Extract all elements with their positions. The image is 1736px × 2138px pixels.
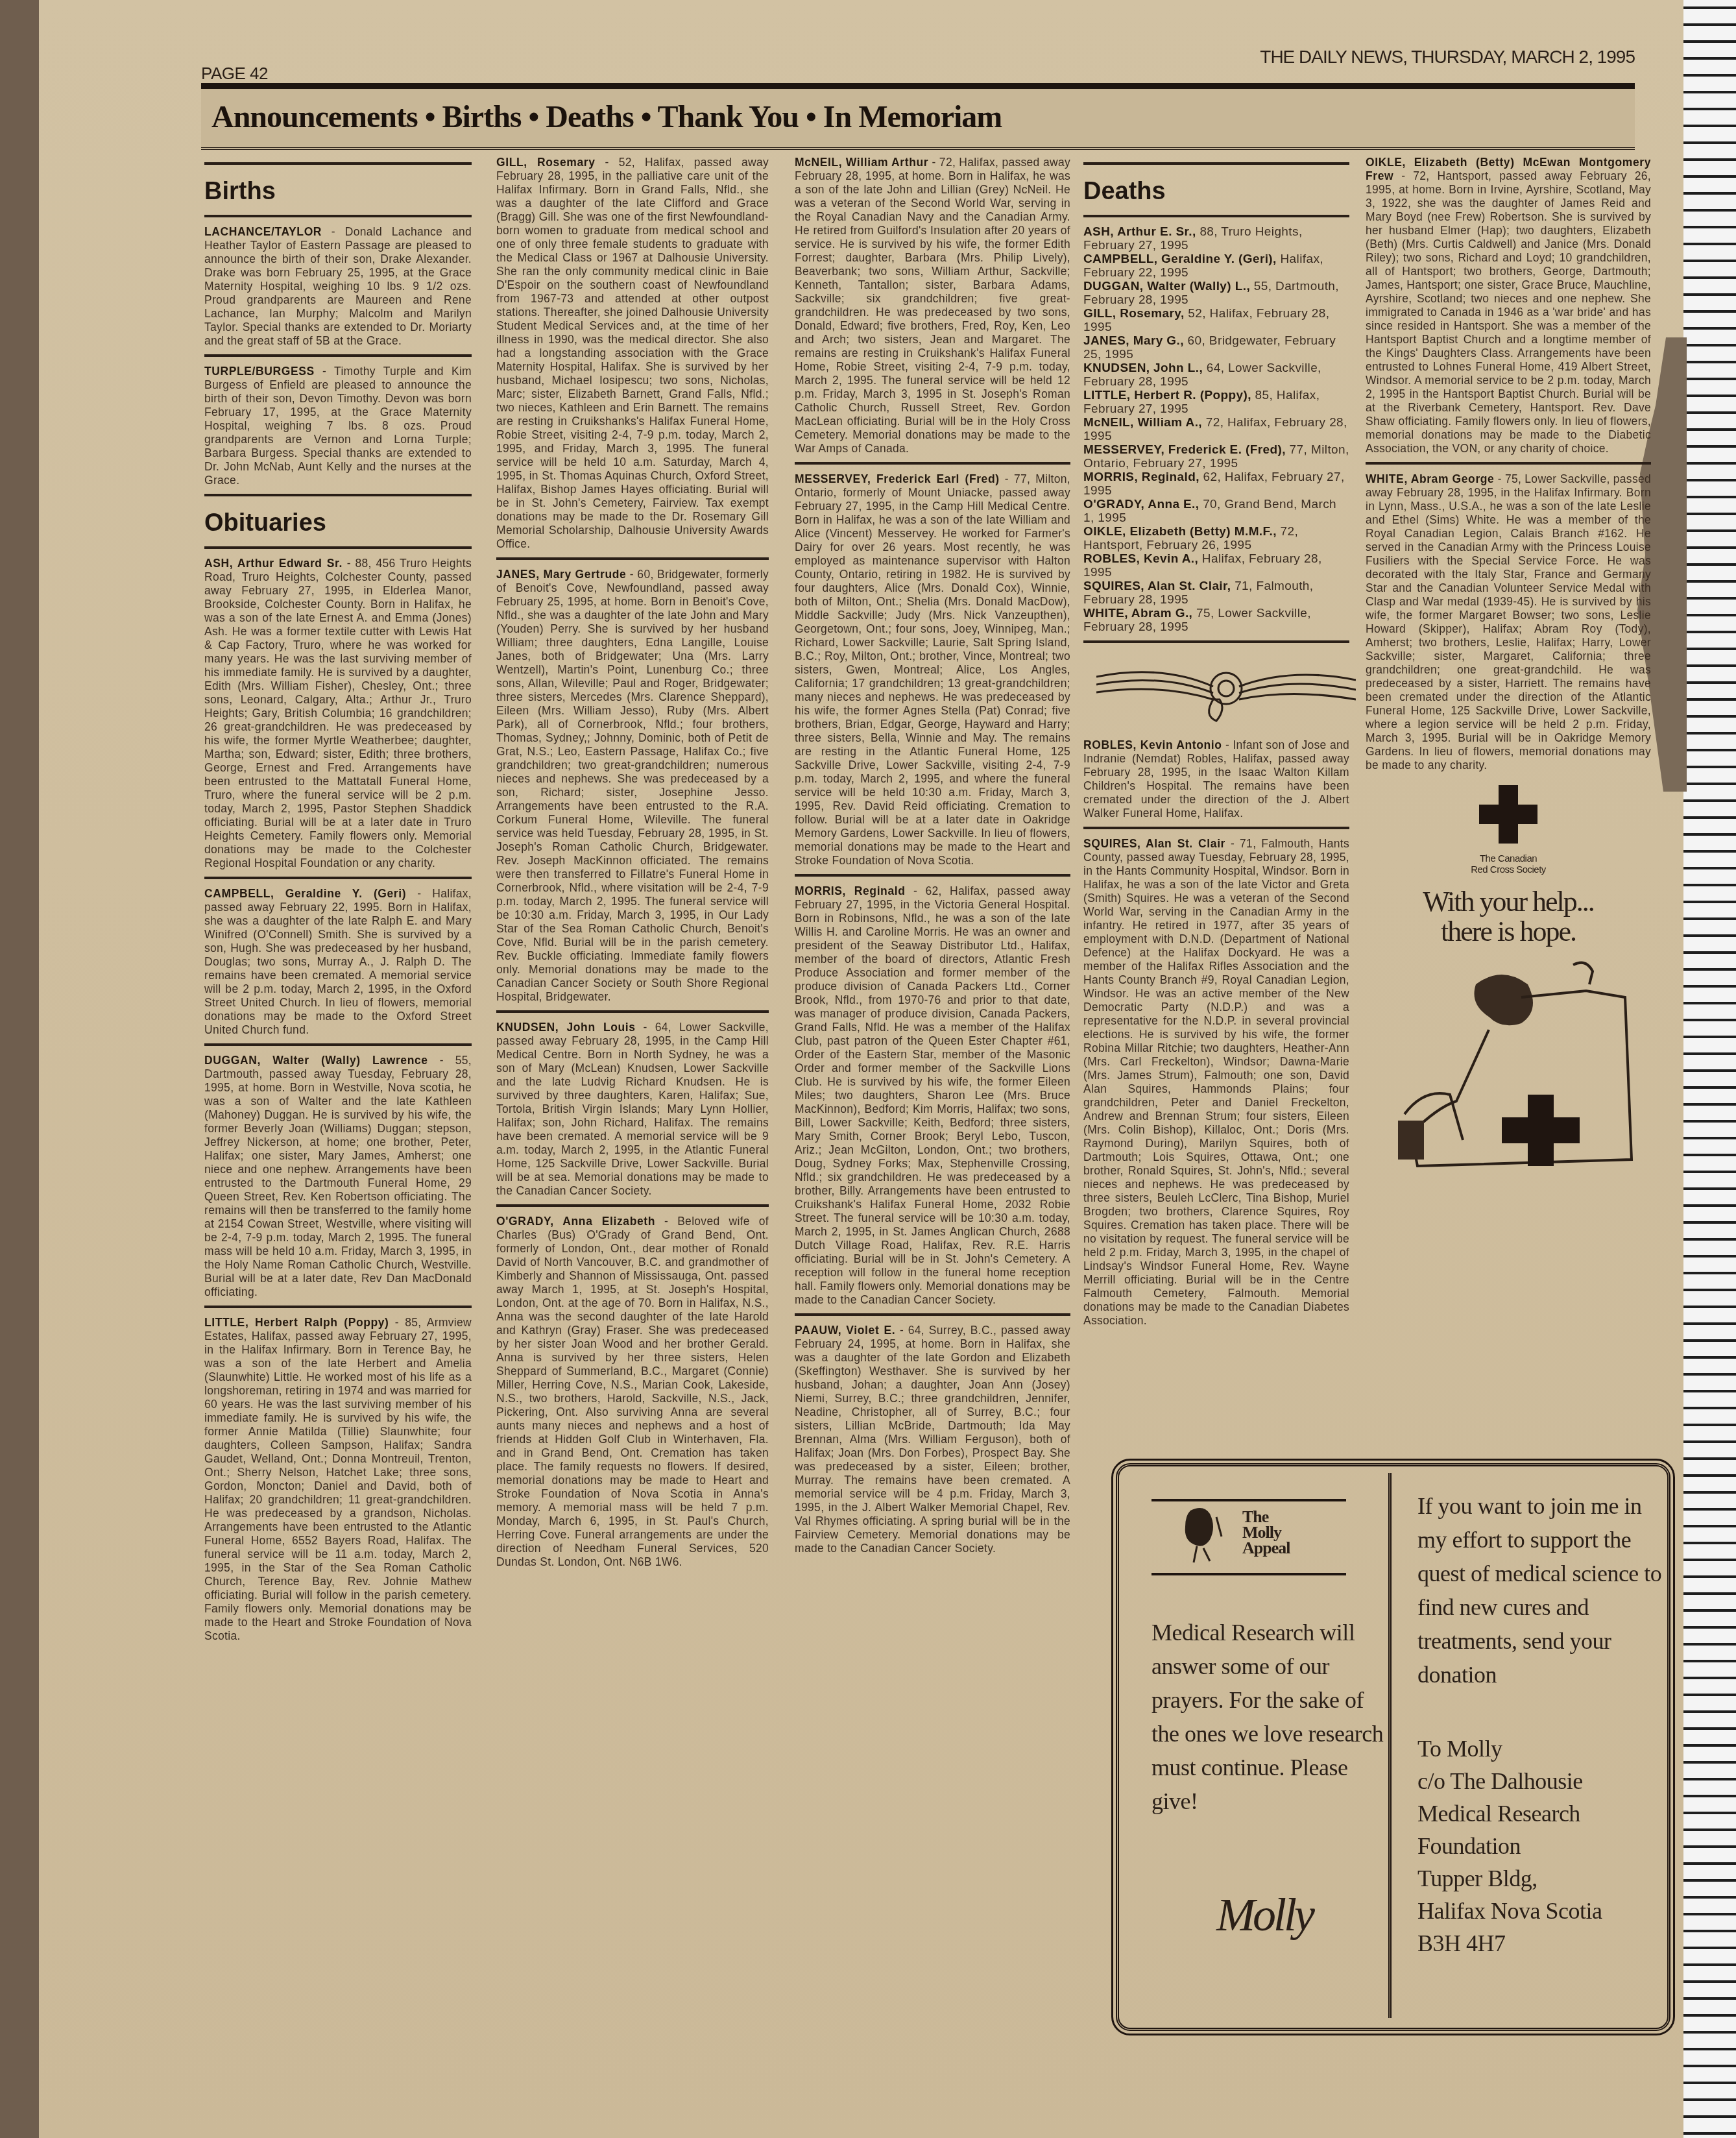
births-heading: Births [204, 178, 472, 206]
molly-appeal-logo-text: The Molly Appeal [1242, 1509, 1290, 1556]
column-5: OIKLE, Elizabeth (Betty) McEwan Montgome… [1366, 156, 1651, 1176]
molly-appeal-right-panel: If you want to join me in my effort to s… [1404, 1473, 1661, 2018]
death-entry: CAMPBELL, Geraldine Y. (Geri), Halifax, … [1083, 252, 1349, 280]
divider [496, 1010, 769, 1013]
death-entry: DUGGAN, Walter (Wally) L., 55, Dartmouth… [1083, 280, 1349, 307]
molly-signature: Molly [1216, 1888, 1312, 1942]
deaths-heading: Deaths [1083, 178, 1349, 206]
death-entry: GILL, Rosemary, 52, Halifax, February 28… [1083, 307, 1349, 334]
birth-notice: LACHANCE/TAYLOR - Donald Lachance and He… [204, 225, 472, 348]
banner-title: Announcements • Births • Deaths • Thank … [211, 99, 1002, 135]
death-entry: ROBLES, Kevin A., Halifax, February 28, … [1083, 552, 1349, 579]
death-entry: MORRIS, Reginald, 62, Halifax, February … [1083, 470, 1349, 498]
death-entry: WHITE, Abram G., 75, Lower Sackville, Fe… [1083, 607, 1349, 634]
divider [795, 1313, 1070, 1316]
molly-appeal-mailing-address: To Molly c/o The Dalhousie Medical Resea… [1417, 1732, 1664, 1960]
divider [204, 546, 472, 549]
section-banner: Announcements • Births • Deaths • Thank … [201, 83, 1635, 150]
newspaper-dateline: THE DAILY NEWS, THURSDAY, MARCH 2, 1995 [1260, 47, 1635, 67]
divider [204, 162, 472, 165]
death-entry: SQUIRES, Alan St. Clair, 71, Falmouth, F… [1083, 579, 1349, 607]
divider [795, 874, 1070, 877]
column-3: McNEIL, William Arthur - 72, Halifax, pa… [795, 156, 1070, 1559]
divider [1083, 162, 1349, 165]
divider [1366, 462, 1651, 465]
death-entry: OIKLE, Elizabeth (Betty) M.M.F., 72, Han… [1083, 525, 1349, 552]
divider [795, 462, 1070, 465]
death-entry: McNEIL, William A., 72, Halifax, Februar… [1083, 416, 1349, 443]
column-1: Births LACHANCE/TAYLOR - Donald Lachance… [204, 156, 472, 1647]
death-entry: MESSERVEY, Frederick E. (Fred), 77, Milt… [1083, 443, 1349, 470]
divider [204, 215, 472, 217]
aid-worker-illustration-icon [1379, 958, 1638, 1172]
molly-appeal-logo: The Molly Appeal [1151, 1499, 1346, 1575]
death-entry: O'GRADY, Anna E., 70, Grand Bend, March … [1083, 498, 1349, 525]
molly-portrait-icon [1171, 1504, 1229, 1564]
birth-notice: TURPLE/BURGESS - Timothy Turple and Kim … [204, 365, 472, 487]
obituary-notice: ASH, Arthur Edward Sr. - 88, 456 Truro H… [204, 557, 472, 870]
molly-appeal-advertisement: The Molly Appeal Medical Research will a… [1116, 1463, 1670, 2031]
molly-appeal-donation-text: If you want to join me in my effort to s… [1417, 1489, 1664, 1692]
page-header: PAGE 42 THE DAILY NEWS, THURSDAY, MARCH … [201, 47, 1635, 73]
divider [1083, 640, 1349, 643]
divider [1083, 215, 1349, 217]
obituary-notice: SQUIRES, Alan St. Clair - 71, Falmouth, … [1083, 837, 1349, 1328]
obituary-notice: McNEIL, William Arthur - 72, Halifax, pa… [795, 156, 1070, 456]
divider [496, 557, 769, 560]
scanner-ruler-edge [1683, 0, 1736, 2138]
obituary-notice: LITTLE, Herbert Ralph (Poppy) - 85, Armv… [204, 1316, 472, 1643]
column-4: Deaths ASH, Arthur E. Sr., 88, Truro Hei… [1083, 156, 1349, 1331]
obituary-notice: GILL, Rosemary - 52, Halifax, passed awa… [496, 156, 769, 551]
column-2: GILL, Rosemary - 52, Halifax, passed awa… [496, 156, 769, 1573]
obituary-notice: DUGGAN, Walter (Wally) Lawrence - 55, Da… [204, 1054, 472, 1299]
obituary-notice: WHITE, Abram George - 75, Lower Sackvill… [1366, 472, 1651, 772]
molly-appeal-message: Medical Research will answer some of our… [1151, 1616, 1385, 1818]
deaths-list: ASH, Arthur E. Sr., 88, Truro Heights, F… [1083, 225, 1349, 634]
divider [204, 1306, 472, 1308]
obituary-notice: CAMPBELL, Geraldine Y. (Geri) - Halifax,… [204, 887, 472, 1037]
red-cross-org-name: The Canadian Red Cross Society [1366, 853, 1651, 875]
obituaries-heading: Obituaries [204, 509, 472, 537]
red-cross-icon [1479, 785, 1537, 844]
divider [204, 494, 472, 496]
rose-ribbon-ornament-icon [1096, 664, 1356, 722]
obituary-notice: O'GRADY, Anna Elizabeth - Beloved wife o… [496, 1215, 769, 1569]
divider [496, 1204, 769, 1207]
molly-appeal-left-panel: The Molly Appeal Medical Research will a… [1132, 1473, 1392, 2018]
obituary-notice: KNUDSEN, John Louis - 64, Lower Sackvill… [496, 1021, 769, 1198]
divider [1083, 827, 1349, 829]
death-entry: JANES, Mary G., 60, Bridgewater, Februar… [1083, 334, 1349, 361]
obituary-notice: ROBLES, Kevin Antonio - Infant son of Jo… [1083, 738, 1349, 820]
obituary-notice: JANES, Mary Gertrude - 60, Bridgewater, … [496, 568, 769, 1004]
obituary-notice: MORRIS, Reginald - 62, Halifax, passed a… [795, 884, 1070, 1307]
obituary-notice: OIKLE, Elizabeth (Betty) McEwan Montgome… [1366, 156, 1651, 456]
death-entry: ASH, Arthur E. Sr., 88, Truro Heights, F… [1083, 225, 1349, 252]
obituary-notice: MESSERVEY, Frederick Earl (Fred) - 77, M… [795, 472, 1070, 868]
divider [204, 354, 472, 357]
divider [204, 877, 472, 879]
death-entry: KNUDSEN, John L., 64, Lower Sackville, F… [1083, 361, 1349, 389]
death-entry: LITTLE, Herbert R. (Poppy), 85, Halifax,… [1083, 389, 1349, 416]
page-number: PAGE 42 [201, 64, 268, 84]
red-cross-slogan: With your help... there is hope. [1366, 887, 1651, 947]
red-cross-advertisement: The Canadian Red Cross Society With your… [1366, 785, 1651, 1176]
obituary-notice: PAAUW, Violet E. - 64, Surrey, B.C., pas… [795, 1324, 1070, 1555]
divider [204, 1043, 472, 1046]
